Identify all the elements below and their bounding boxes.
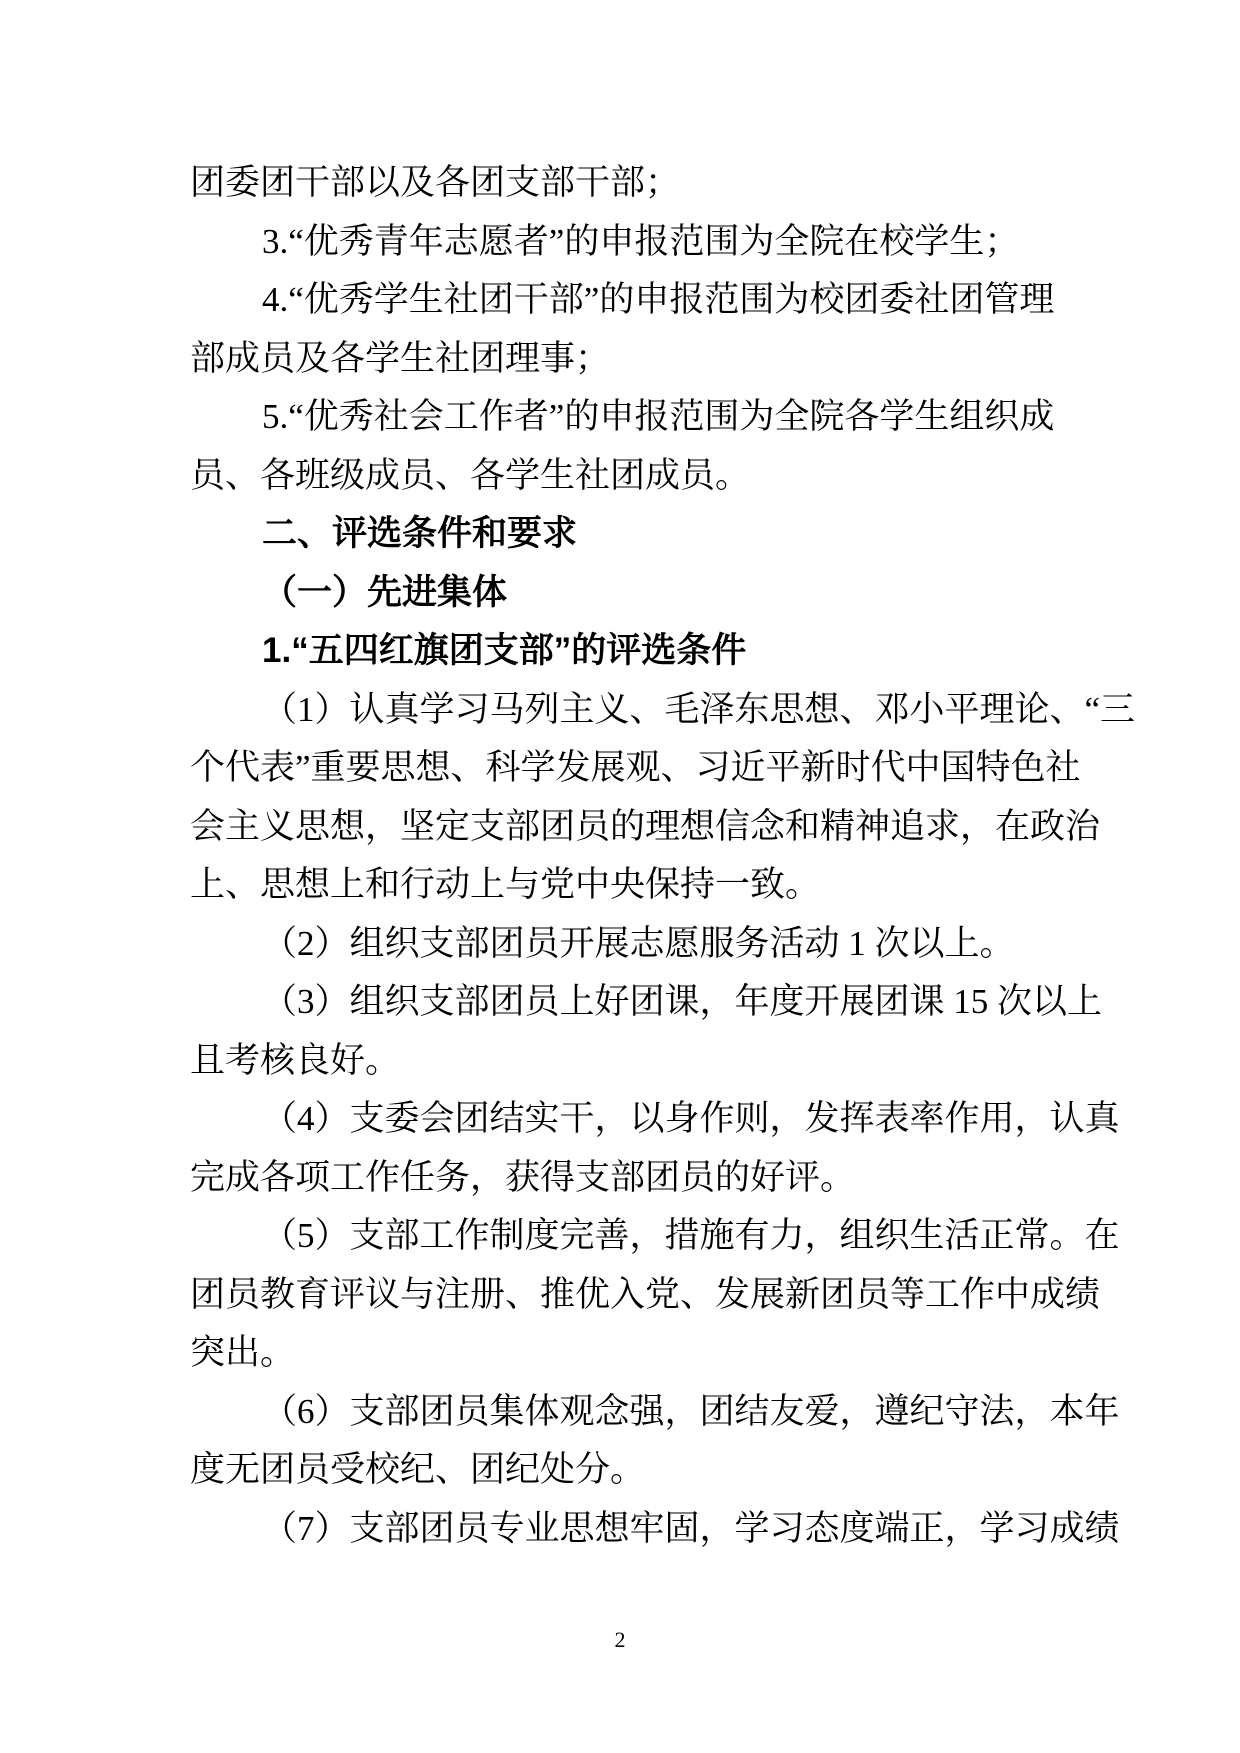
document-body: 团委团干部以及各团支部干部； 3.“优秀青年志愿者”的申报范围为全院在校学生； … bbox=[190, 154, 1052, 1558]
text-line: 4.“优秀学生社团干部”的申报范围为校团委社团管理 bbox=[190, 271, 1052, 330]
page-number: 2 bbox=[0, 1626, 1240, 1654]
item-heading: 1.“五四红旗团支部”的评选条件 bbox=[190, 622, 1052, 681]
text-line: （1）认真学习马列主义、毛泽东思想、邓小平理论、“三 bbox=[190, 681, 1052, 740]
text-line: （5）支部工作制度完善，措施有力，组织生活正常。在 bbox=[190, 1207, 1052, 1266]
text-line: 5.“优秀社会工作者”的申报范围为全院各学生组织成 bbox=[190, 388, 1052, 447]
text-line: 3.“优秀青年志愿者”的申报范围为全院在校学生； bbox=[190, 213, 1052, 272]
text-line: （6）支部团员集体观念强，团结友爱，遵纪守法，本年 bbox=[190, 1383, 1052, 1442]
text-line: 个代表”重要思想、科学发展观、习近平新时代中国特色社 bbox=[190, 739, 1052, 798]
text-line: （7）支部团员专业思想牢固，学习态度端正，学习成绩 bbox=[190, 1500, 1052, 1559]
subsection-heading: （一）先进集体 bbox=[190, 564, 1052, 623]
text-line: 且考核良好。 bbox=[190, 1032, 1052, 1091]
text-line: （3）组织支部团员上好团课，年度开展团课 15 次以上 bbox=[190, 973, 1052, 1032]
text-line: 团员教育评议与注册、推优入党、发展新团员等工作中成绩 bbox=[190, 1266, 1052, 1325]
text-line: （4）支委会团结实干，以身作则，发挥表率作用，认真 bbox=[190, 1090, 1052, 1149]
text-line: 度无团员受校纪、团纪处分。 bbox=[190, 1441, 1052, 1500]
text-line: 部成员及各学生社团理事； bbox=[190, 330, 1052, 389]
text-line: 员、各班级成员、各学生社团成员。 bbox=[190, 447, 1052, 506]
document-page: 团委团干部以及各团支部干部； 3.“优秀青年志愿者”的申报范围为全院在校学生； … bbox=[0, 0, 1240, 1753]
text-line: 完成各项工作任务，获得支部团员的好评。 bbox=[190, 1149, 1052, 1208]
section-heading: 二、评选条件和要求 bbox=[190, 505, 1052, 564]
text-line: （2）组织支部团员开展志愿服务活动 1 次以上。 bbox=[190, 915, 1052, 974]
text-line: 突出。 bbox=[190, 1324, 1052, 1383]
text-line: 会主义思想，坚定支部团员的理想信念和精神追求，在政治 bbox=[190, 798, 1052, 857]
text-line: 上、思想上和行动上与党中央保持一致。 bbox=[190, 856, 1052, 915]
text-line: 团委团干部以及各团支部干部； bbox=[190, 154, 1052, 213]
